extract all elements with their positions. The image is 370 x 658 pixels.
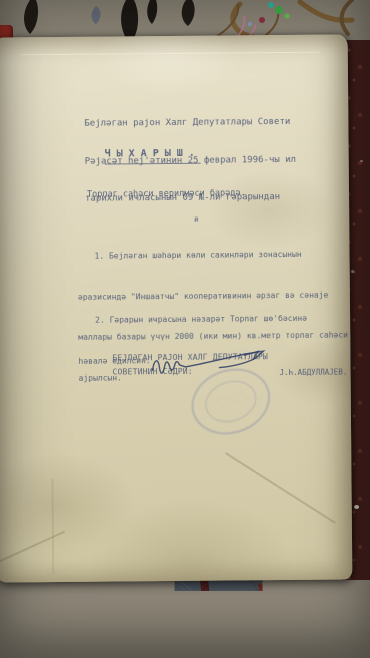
header-line: Бејләган рајон Халг Депутатлары Совети (84, 116, 295, 130)
carpet-fleck (261, 583, 262, 584)
signature-org-line-1: БЕЈЛӘГАН РАЈОН ХАЛГ ДЕПУТАТЛАРЫ (112, 351, 268, 365)
document-title: ЧЫХАРЫШ. (105, 148, 201, 164)
signature-org-line-2: СОВЕТИНИН СӘДРИ: (113, 366, 193, 379)
flower-accent (285, 14, 290, 19)
paper-crease (51, 479, 53, 574)
photo-background: Бејләган рајон Халг Депутатлары Совети Р… (0, 0, 370, 658)
paragraph-line: 1. Бејләган шәһәри көли сакинләри зонасы… (77, 247, 347, 263)
paper-crease (20, 52, 320, 56)
lint-speck (360, 160, 363, 162)
carpet-fleck (206, 589, 207, 590)
paper-crease (0, 530, 65, 565)
flower-accent (275, 6, 283, 14)
flower-accent (268, 2, 274, 8)
couch-and-fabric-bottom (0, 570, 370, 658)
document-paper: Бејләган рајон Халг Депутатлары Совети Р… (0, 34, 352, 582)
lint-speck (351, 270, 354, 273)
carpet-fleck (202, 587, 203, 588)
paper-crease (225, 452, 335, 523)
flower-accent (248, 22, 252, 26)
paragraph-line: 2. Гәрарын иҹрасына нәзарәт Торпаг шө'бә… (78, 312, 307, 327)
lint-speck (354, 505, 359, 509)
carpet-fleck (205, 584, 206, 585)
signature-name: Ј.Һ.АБДУЛЛАЈЕВ. (280, 366, 348, 379)
flower-accent (259, 17, 265, 23)
handwritten-correction: й (194, 214, 198, 227)
document-subject: Торпаг саһәси верилмәси барәдә. (87, 187, 246, 201)
